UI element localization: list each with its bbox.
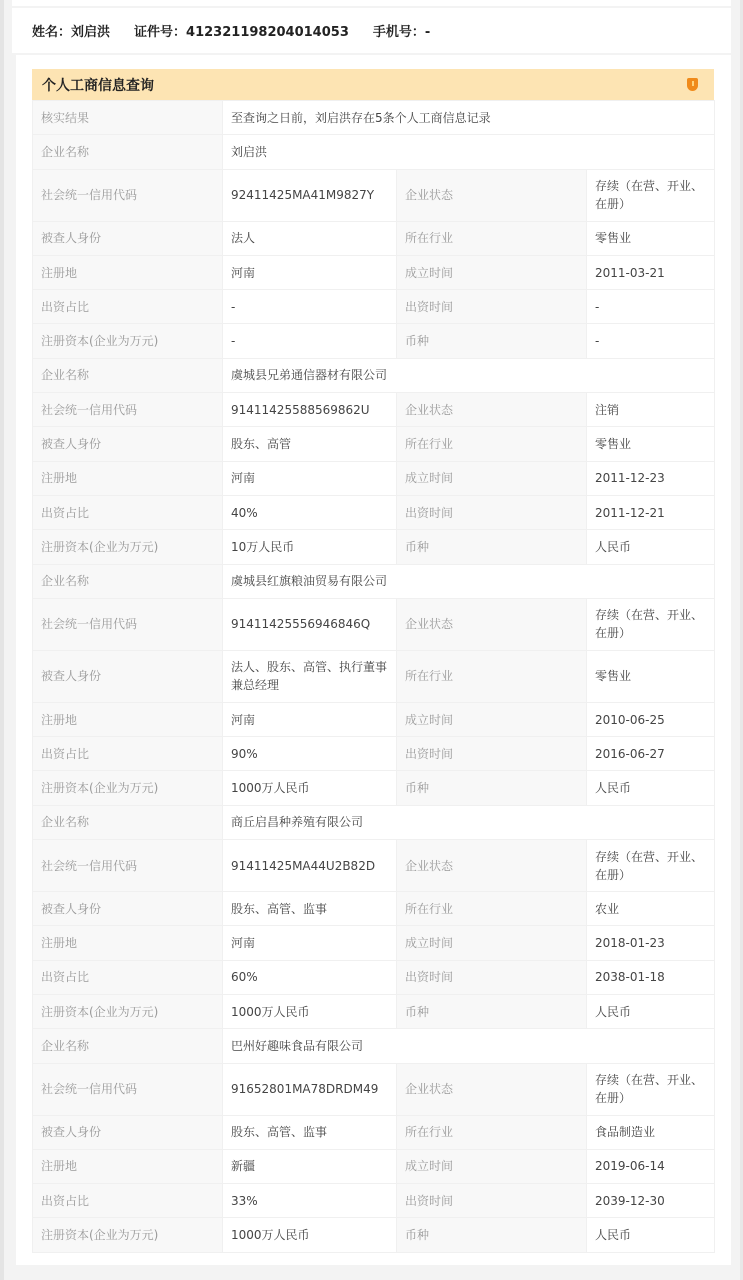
industry-label: 所在行业 <box>397 427 587 461</box>
share-ratio-label: 出资占比 <box>33 1184 223 1218</box>
reg-place-label: 注册地 <box>33 1149 223 1183</box>
reg-place-value: 河南 <box>223 255 397 289</box>
reg-capital-row: 注册资本(企业为万元) 1000万人民币 币种 人民币 <box>33 771 715 805</box>
founded-label: 成立时间 <box>397 255 587 289</box>
founded-value: 2010-06-25 <box>587 702 715 736</box>
founded-value: 2018-01-23 <box>587 926 715 960</box>
company-name-label: 企业名称 <box>33 358 223 392</box>
currency-label: 币种 <box>397 994 587 1028</box>
reg-place-row: 注册地 河南 成立时间 2010-06-25 <box>33 702 715 736</box>
credit-code-row: 社会统一信用代码 91411425588569862U 企业状态 注销 <box>33 393 715 427</box>
credit-code-row: 社会统一信用代码 91652801MA78DRDM49 企业状态 存续（在营、开… <box>33 1063 715 1115</box>
share-ratio-label: 出资占比 <box>33 737 223 771</box>
share-ratio-value: - <box>223 290 397 324</box>
phone-field: 手机号：- <box>373 21 430 40</box>
credit-code-value: 91411425556946846Q <box>223 598 397 650</box>
company-name-label: 企业名称 <box>33 564 223 598</box>
share-ratio-label: 出资占比 <box>33 495 223 529</box>
invest-date-value: 2011-12-21 <box>587 495 715 529</box>
company-name-row: 企业名称 虞城县兄弟通信器材有限公司 <box>33 358 715 392</box>
reg-capital-label: 注册资本(企业为万元) <box>33 530 223 564</box>
identity-label: 被查人身份 <box>33 1115 223 1149</box>
industry-label: 所在行业 <box>397 892 587 926</box>
currency-label: 币种 <box>397 771 587 805</box>
reg-capital-row: 注册资本(企业为万元) 1000万人民币 币种 人民币 <box>33 1218 715 1252</box>
identity-value: 股东、高管、监事 <box>223 1115 397 1149</box>
reg-capital-label: 注册资本(企业为万元) <box>33 324 223 358</box>
industry-value: 食品制造业 <box>587 1115 715 1149</box>
credit-code-label: 社会统一信用代码 <box>33 169 223 221</box>
currency-value: 人民币 <box>587 1218 715 1252</box>
founded-label: 成立时间 <box>397 702 587 736</box>
credit-code-value: 91411425588569862U <box>223 393 397 427</box>
identity-row: 被查人身份 法人 所在行业 零售业 <box>33 221 715 255</box>
person-summary: 姓名：刘启洪 证件号：412321198204014053 手机号：- <box>12 8 731 53</box>
company-name-label: 企业名称 <box>33 135 223 169</box>
reg-place-value: 河南 <box>223 926 397 960</box>
reg-capital-label: 注册资本(企业为万元) <box>33 1218 223 1252</box>
company-name-value: 虞城县红旗粮油贸易有限公司 <box>223 564 715 598</box>
identity-label: 被查人身份 <box>33 650 223 702</box>
page-edge-left <box>0 0 4 1280</box>
identity-label: 被查人身份 <box>33 892 223 926</box>
industry-value: 零售业 <box>587 221 715 255</box>
verify-result-row: 核实结果 至查询之日前，刘启洪存在5条个人工商信息记录 <box>33 101 715 135</box>
company-name-row: 企业名称 商丘启昌种养殖有限公司 <box>33 805 715 839</box>
identity-value: 股东、高管、监事 <box>223 892 397 926</box>
verify-result-value: 至查询之日前，刘启洪存在5条个人工商信息记录 <box>223 101 715 135</box>
invest-date-label: 出资时间 <box>397 737 587 771</box>
currency-value: 人民币 <box>587 771 715 805</box>
currency-label: 币种 <box>397 530 587 564</box>
reg-capital-label: 注册资本(企业为万元) <box>33 771 223 805</box>
founded-label: 成立时间 <box>397 1149 587 1183</box>
currency-value: 人民币 <box>587 530 715 564</box>
currency-value: 人民币 <box>587 994 715 1028</box>
status-label: 企业状态 <box>397 1063 587 1115</box>
company-name-value: 商丘启昌种养殖有限公司 <box>223 805 715 839</box>
reg-capital-value: 1000万人民币 <box>223 994 397 1028</box>
credit-code-row: 社会统一信用代码 92411425MA41M9827Y 企业状态 存续（在营、开… <box>33 169 715 221</box>
identity-value: 法人 <box>223 221 397 255</box>
invest-date-value: 2016-06-27 <box>587 737 715 771</box>
identity-value: 股东、高管 <box>223 427 397 461</box>
business-info-table: 核实结果 至查询之日前，刘启洪存在5条个人工商信息记录 企业名称 刘启洪 社会统… <box>32 100 715 1253</box>
credit-code-label: 社会统一信用代码 <box>33 598 223 650</box>
status-value: 存续（在营、开业、在册） <box>587 169 715 221</box>
founded-label: 成立时间 <box>397 461 587 495</box>
credit-code-label: 社会统一信用代码 <box>33 393 223 427</box>
founded-value: 2011-03-21 <box>587 255 715 289</box>
share-ratio-row: 出资占比 33% 出资时间 2039-12-30 <box>33 1184 715 1218</box>
company-name-row: 企业名称 巴州好趣味食品有限公司 <box>33 1029 715 1063</box>
share-ratio-value: 40% <box>223 495 397 529</box>
share-ratio-row: 出资占比 90% 出资时间 2016-06-27 <box>33 737 715 771</box>
credit-code-row: 社会统一信用代码 91411425556946846Q 企业状态 存续（在营、开… <box>33 598 715 650</box>
status-label: 企业状态 <box>397 840 587 892</box>
credit-code-label: 社会统一信用代码 <box>33 840 223 892</box>
previous-card <box>12 0 731 6</box>
identity-row: 被查人身份 股东、高管、监事 所在行业 食品制造业 <box>33 1115 715 1149</box>
reg-place-value: 新疆 <box>223 1149 397 1183</box>
industry-label: 所在行业 <box>397 221 587 255</box>
invest-date-value: 2039-12-30 <box>587 1184 715 1218</box>
reg-place-row: 注册地 河南 成立时间 2018-01-23 <box>33 926 715 960</box>
person-name: 刘启洪 <box>71 25 110 40</box>
reg-capital-label: 注册资本(企业为万元) <box>33 994 223 1028</box>
founded-value: 2019-06-14 <box>587 1149 715 1183</box>
industry-value: 零售业 <box>587 650 715 702</box>
share-ratio-row: 出资占比 40% 出资时间 2011-12-21 <box>33 495 715 529</box>
identity-value: 法人、股东、高管、执行董事兼总经理 <box>223 650 397 702</box>
reg-place-value: 河南 <box>223 702 397 736</box>
invest-date-label: 出资时间 <box>397 290 587 324</box>
share-ratio-row: 出资占比 60% 出资时间 2038-01-18 <box>33 960 715 994</box>
identity-label: 被查人身份 <box>33 427 223 461</box>
status-label: 企业状态 <box>397 393 587 427</box>
reg-capital-value: 10万人民币 <box>223 530 397 564</box>
invest-date-value: - <box>587 290 715 324</box>
currency-label: 币种 <box>397 324 587 358</box>
credit-code-value: 92411425MA41M9827Y <box>223 169 397 221</box>
invest-date-value: 2038-01-18 <box>587 960 715 994</box>
invest-date-label: 出资时间 <box>397 960 587 994</box>
company-name-value: 虞城县兄弟通信器材有限公司 <box>223 358 715 392</box>
identity-row: 被查人身份 股东、高管、监事 所在行业 农业 <box>33 892 715 926</box>
status-value: 注销 <box>587 393 715 427</box>
reg-place-value: 河南 <box>223 461 397 495</box>
reg-capital-value: 1000万人民币 <box>223 771 397 805</box>
founded-label: 成立时间 <box>397 926 587 960</box>
share-ratio-value: 90% <box>223 737 397 771</box>
invest-date-label: 出资时间 <box>397 495 587 529</box>
identity-row: 被查人身份 股东、高管 所在行业 零售业 <box>33 427 715 461</box>
company-name-value: 巴州好趣味食品有限公司 <box>223 1029 715 1063</box>
status-value: 存续（在营、开业、在册） <box>587 840 715 892</box>
industry-value: 农业 <box>587 892 715 926</box>
company-name-label: 企业名称 <box>33 805 223 839</box>
section-title: 个人工商信息查询 <box>42 75 154 95</box>
company-name-row: 企业名称 虞城县红旗粮油贸易有限公司 <box>33 564 715 598</box>
reg-capital-row: 注册资本(企业为万元) 10万人民币 币种 人民币 <box>33 530 715 564</box>
reg-capital-value: - <box>223 324 397 358</box>
status-value: 存续（在营、开业、在册） <box>587 598 715 650</box>
status-label: 企业状态 <box>397 169 587 221</box>
reg-place-label: 注册地 <box>33 702 223 736</box>
section-header: 个人工商信息查询 <box>32 69 714 100</box>
founded-value: 2011-12-23 <box>587 461 715 495</box>
share-ratio-row: 出资占比 - 出资时间 - <box>33 290 715 324</box>
id-field: 证件号：412321198204014053 <box>134 21 349 40</box>
reg-place-row: 注册地 河南 成立时间 2011-03-21 <box>33 255 715 289</box>
reg-place-label: 注册地 <box>33 926 223 960</box>
company-name-value: 刘启洪 <box>223 135 715 169</box>
company-name-row: 企业名称 刘启洪 <box>33 135 715 169</box>
reg-place-row: 注册地 河南 成立时间 2011-12-23 <box>33 461 715 495</box>
credit-code-value: 91411425MA44U2B82D <box>223 840 397 892</box>
company-name-label: 企业名称 <box>33 1029 223 1063</box>
name-field: 姓名：刘启洪 <box>32 21 110 40</box>
industry-label: 所在行业 <box>397 650 587 702</box>
reg-place-label: 注册地 <box>33 461 223 495</box>
id-number: 412321198204014053 <box>186 25 349 40</box>
share-ratio-label: 出资占比 <box>33 290 223 324</box>
currency-value: - <box>587 324 715 358</box>
share-ratio-label: 出资占比 <box>33 960 223 994</box>
status-label: 企业状态 <box>397 598 587 650</box>
reg-capital-row: 注册资本(企业为万元) 1000万人民币 币种 人民币 <box>33 994 715 1028</box>
industry-value: 零售业 <box>587 427 715 461</box>
invest-date-label: 出资时间 <box>397 1184 587 1218</box>
share-ratio-value: 33% <box>223 1184 397 1218</box>
reg-capital-row: 注册资本(企业为万元) - 币种 - <box>33 324 715 358</box>
currency-label: 币种 <box>397 1218 587 1252</box>
phone-number: - <box>425 25 430 40</box>
credit-code-row: 社会统一信用代码 91411425MA44U2B82D 企业状态 存续（在营、开… <box>33 840 715 892</box>
identity-label: 被查人身份 <box>33 221 223 255</box>
verify-result-label: 核实结果 <box>33 101 223 135</box>
reg-place-row: 注册地 新疆 成立时间 2019-06-14 <box>33 1149 715 1183</box>
status-value: 存续（在营、开业、在册） <box>587 1063 715 1115</box>
identity-row: 被查人身份 法人、股东、高管、执行董事兼总经理 所在行业 零售业 <box>33 650 715 702</box>
credit-code-label: 社会统一信用代码 <box>33 1063 223 1115</box>
reg-place-label: 注册地 <box>33 255 223 289</box>
credit-code-value: 91652801MA78DRDM49 <box>223 1063 397 1115</box>
share-ratio-value: 60% <box>223 960 397 994</box>
industry-label: 所在行业 <box>397 1115 587 1149</box>
reg-capital-value: 1000万人民币 <box>223 1218 397 1252</box>
shield-icon <box>687 78 698 91</box>
